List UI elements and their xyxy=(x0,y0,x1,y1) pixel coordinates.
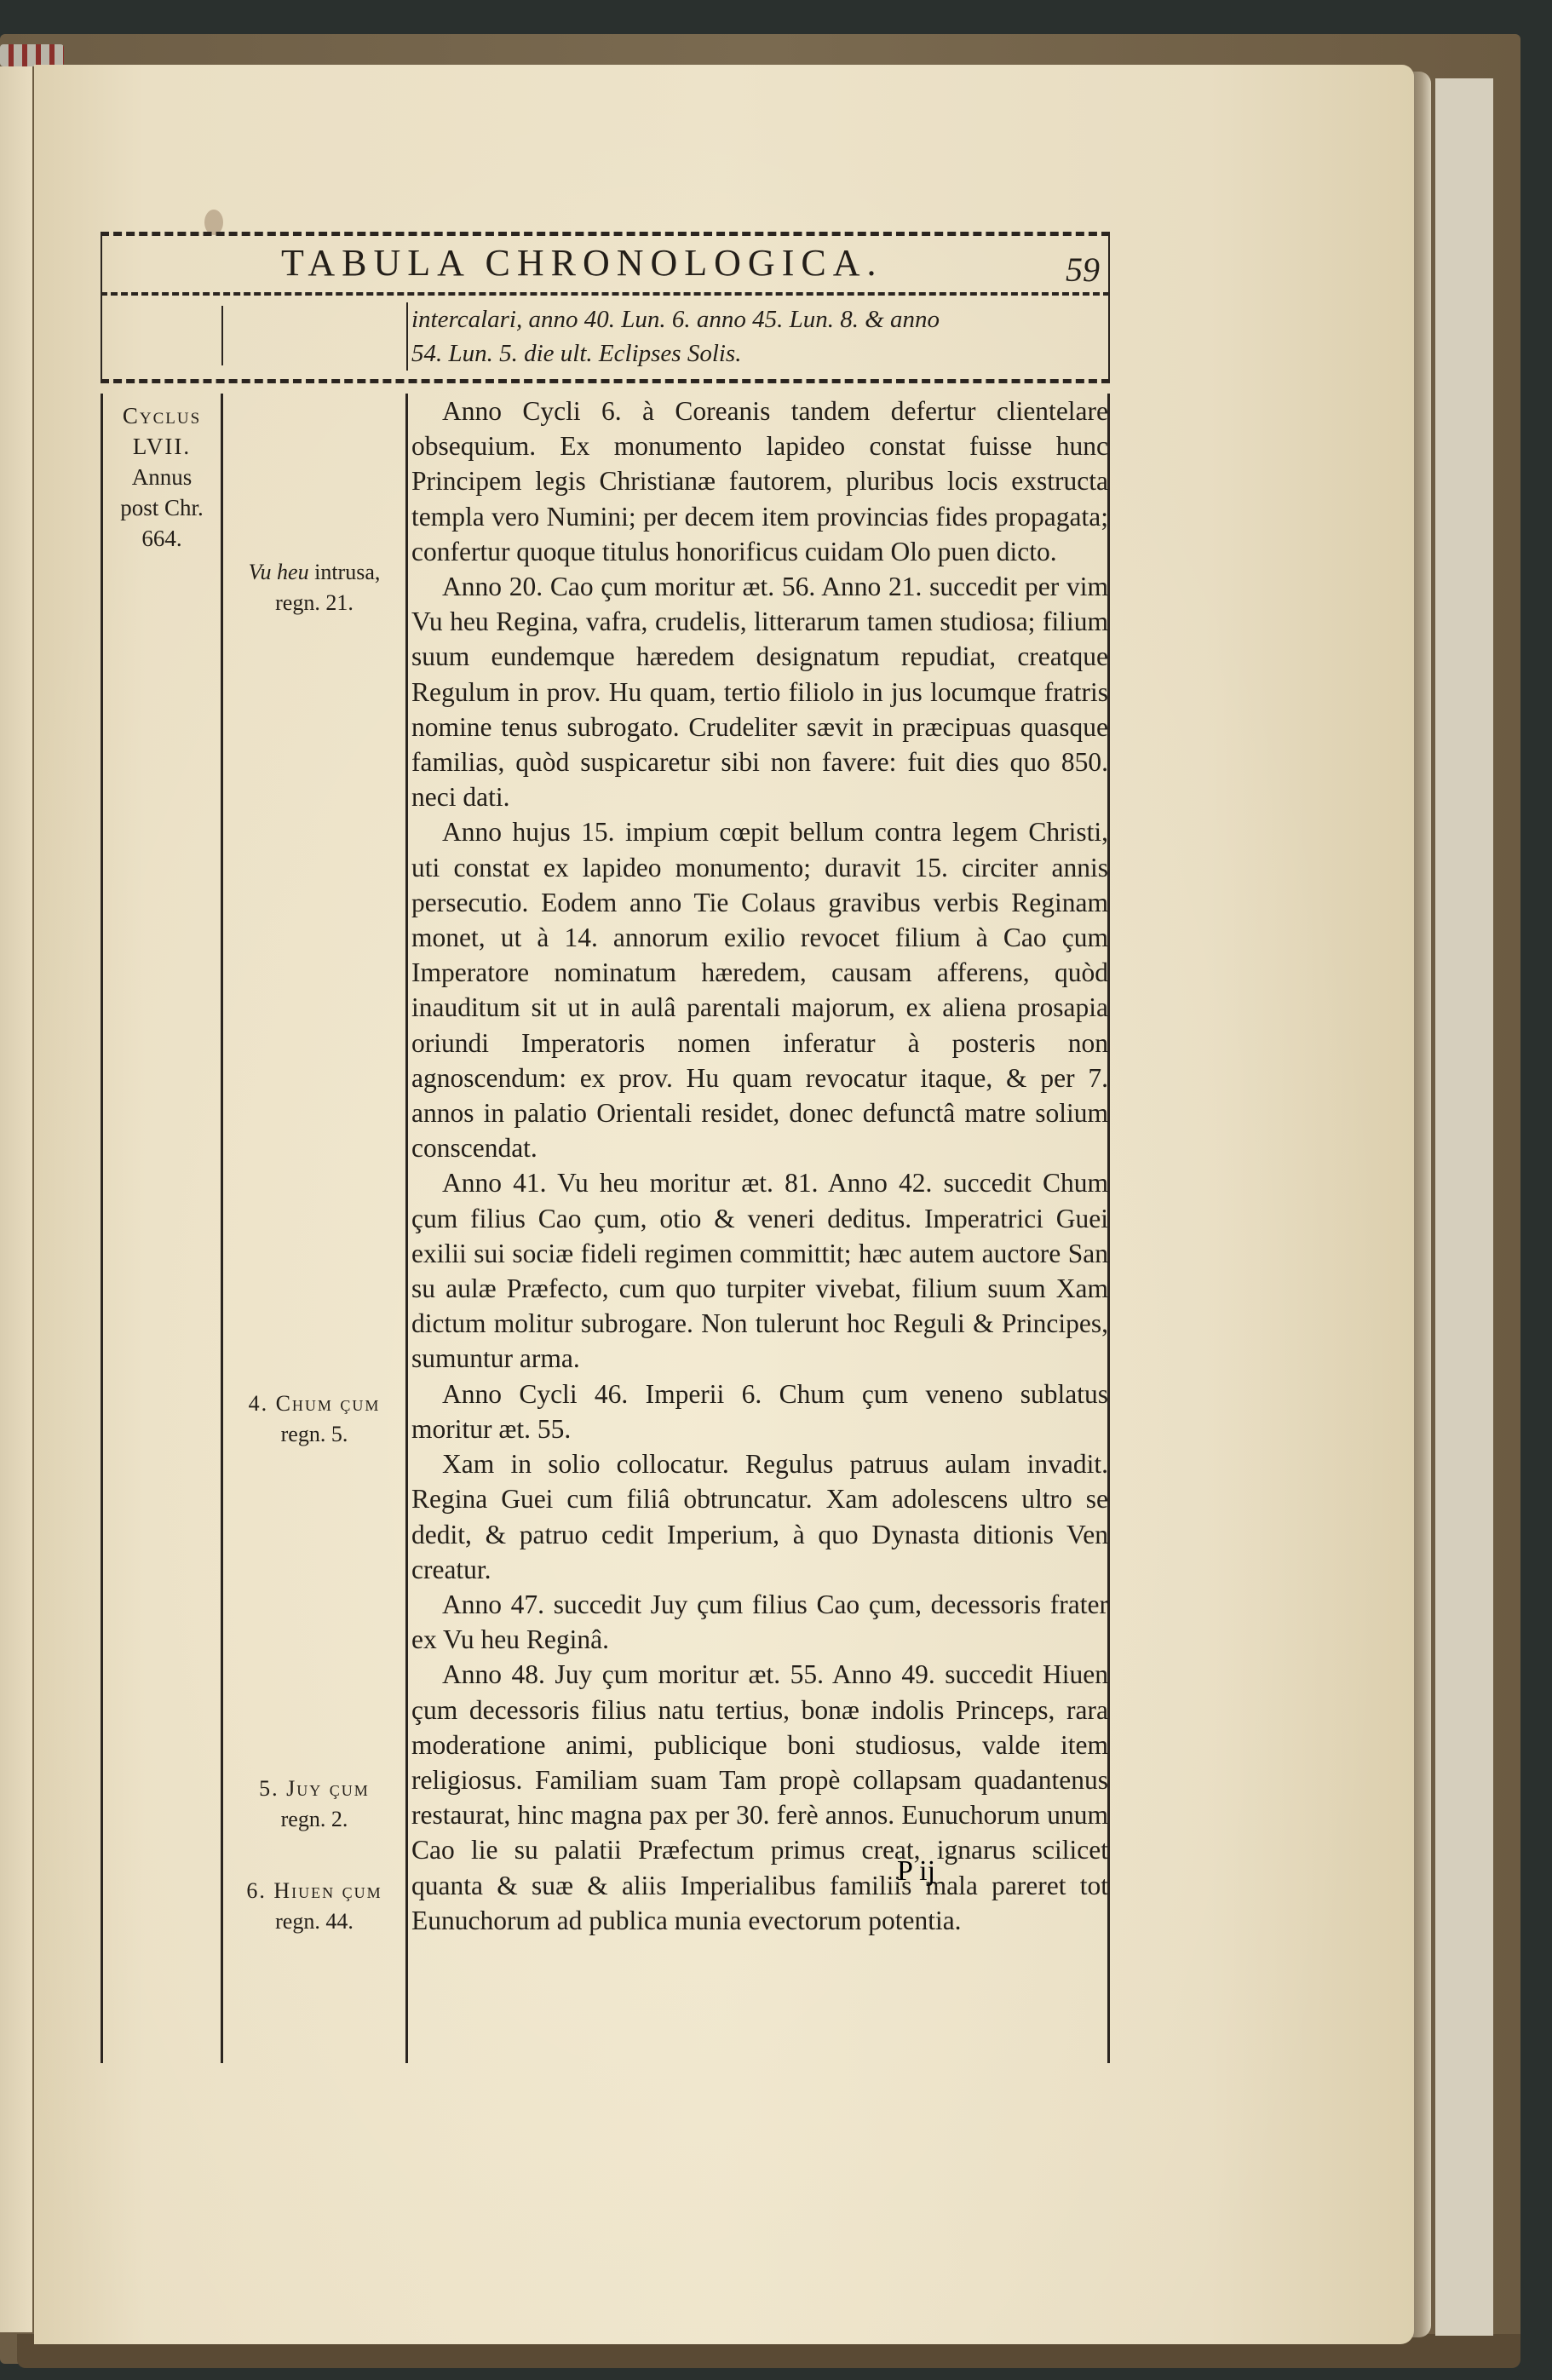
paragraph-xam-enthroned: Xam in solio collocatur. Regulus patruus… xyxy=(411,1446,1108,1587)
left-page-edge xyxy=(0,66,34,2332)
page-number: 59 xyxy=(1066,250,1100,290)
paragraph-chum-cum-death: Anno Cycli 46. Imperii 6. Chum çum venen… xyxy=(411,1377,1108,1446)
continuation-note: intercalari, anno 40. Lun. 6. anno 45. L… xyxy=(406,302,1110,371)
paragraph-chum-cum-accession: Anno 41. Vu heu moritur æt. 81. Anno 42.… xyxy=(411,1165,1108,1376)
ruler-name: 4. Chum çum xyxy=(223,1388,405,1419)
ruler-entry-hiuen-cum: 6. Hiuen çum regn. 44. xyxy=(223,1876,405,1937)
chronology-table: Cyclus LVII. Annus post Chr. 664. Vu heu… xyxy=(101,394,1110,2063)
running-header: TABULA CHRONOLOGICA. 59 xyxy=(101,236,1110,292)
ruler-entry-chum-cum: 4. Chum çum regn. 5. xyxy=(223,1388,405,1450)
paragraph-coreans-tribute: Anno Cycli 6. à Coreanis tandem defertur… xyxy=(411,394,1108,569)
ruler-entry-vu-heu: Vu heu intrusa, regn. 21. xyxy=(223,557,405,618)
signature-mark: P ij xyxy=(897,1855,935,1888)
post-chr-label: post Chr. xyxy=(103,492,221,523)
continuation-line-2: 54. Lun. 5. die ult. Eclipses Solis. xyxy=(411,336,1110,371)
printed-text-block: TABULA CHRONOLOGICA. 59 intercalari, ann… xyxy=(101,232,1110,2063)
annus-word: Annus xyxy=(103,462,221,492)
chronicle-text-column: Anno Cycli 6. à Coreanis tandem defertur… xyxy=(411,394,1108,1938)
ruler-name: Vu heu xyxy=(249,560,309,584)
cycle-label: Cyclus LVII. Annus post Chr. 664. xyxy=(103,400,221,554)
cyclus-word: Cyclus xyxy=(103,400,221,431)
reign-length: regn. 44. xyxy=(223,1906,405,1937)
paragraph-juy-cum-accession: Anno 47. succedit Juy çum filius Cao çum… xyxy=(411,1587,1108,1657)
ruler-suffix: intrusa, xyxy=(309,560,381,584)
paragraph-vu-heu-succession: Anno 20. Cao çum moritur æt. 56. Anno 21… xyxy=(411,569,1108,814)
paragraph-hiuen-cum-reign: Anno 48. Juy çum moritur æt. 55. Anno 49… xyxy=(411,1657,1108,1938)
page-title: TABULA CHRONOLOGICA. xyxy=(281,241,882,285)
ruler-name: 6. Hiuen çum xyxy=(223,1876,405,1906)
paragraph-persecution: Anno hujus 15. impium cœpit bellum contr… xyxy=(411,814,1108,1165)
ruler-column: Vu heu intrusa, regn. 21. 4. Chum çum re… xyxy=(223,394,408,2063)
cycle-number: LVII. xyxy=(103,431,221,462)
ruler-name: 5. Juy çum xyxy=(223,1774,405,1804)
year-column: Cyclus LVII. Annus post Chr. 664. xyxy=(103,394,223,2063)
headband xyxy=(0,44,64,66)
continuation-row: intercalari, anno 40. Lun. 6. anno 45. L… xyxy=(101,296,1110,379)
reign-length: regn. 21. xyxy=(223,588,405,618)
continuation-line-1: intercalari, anno 40. Lun. 6. anno 45. L… xyxy=(411,302,1110,336)
reign-length: regn. 5. xyxy=(223,1419,405,1450)
year-value: 664. xyxy=(103,523,221,554)
section-rule xyxy=(101,379,1110,383)
ruler-entry-juy-cum: 5. Juy çum regn. 2. xyxy=(223,1774,405,1835)
endpaper xyxy=(1435,78,1493,2336)
reign-length: regn. 2. xyxy=(223,1804,405,1835)
column-divider xyxy=(221,306,223,365)
